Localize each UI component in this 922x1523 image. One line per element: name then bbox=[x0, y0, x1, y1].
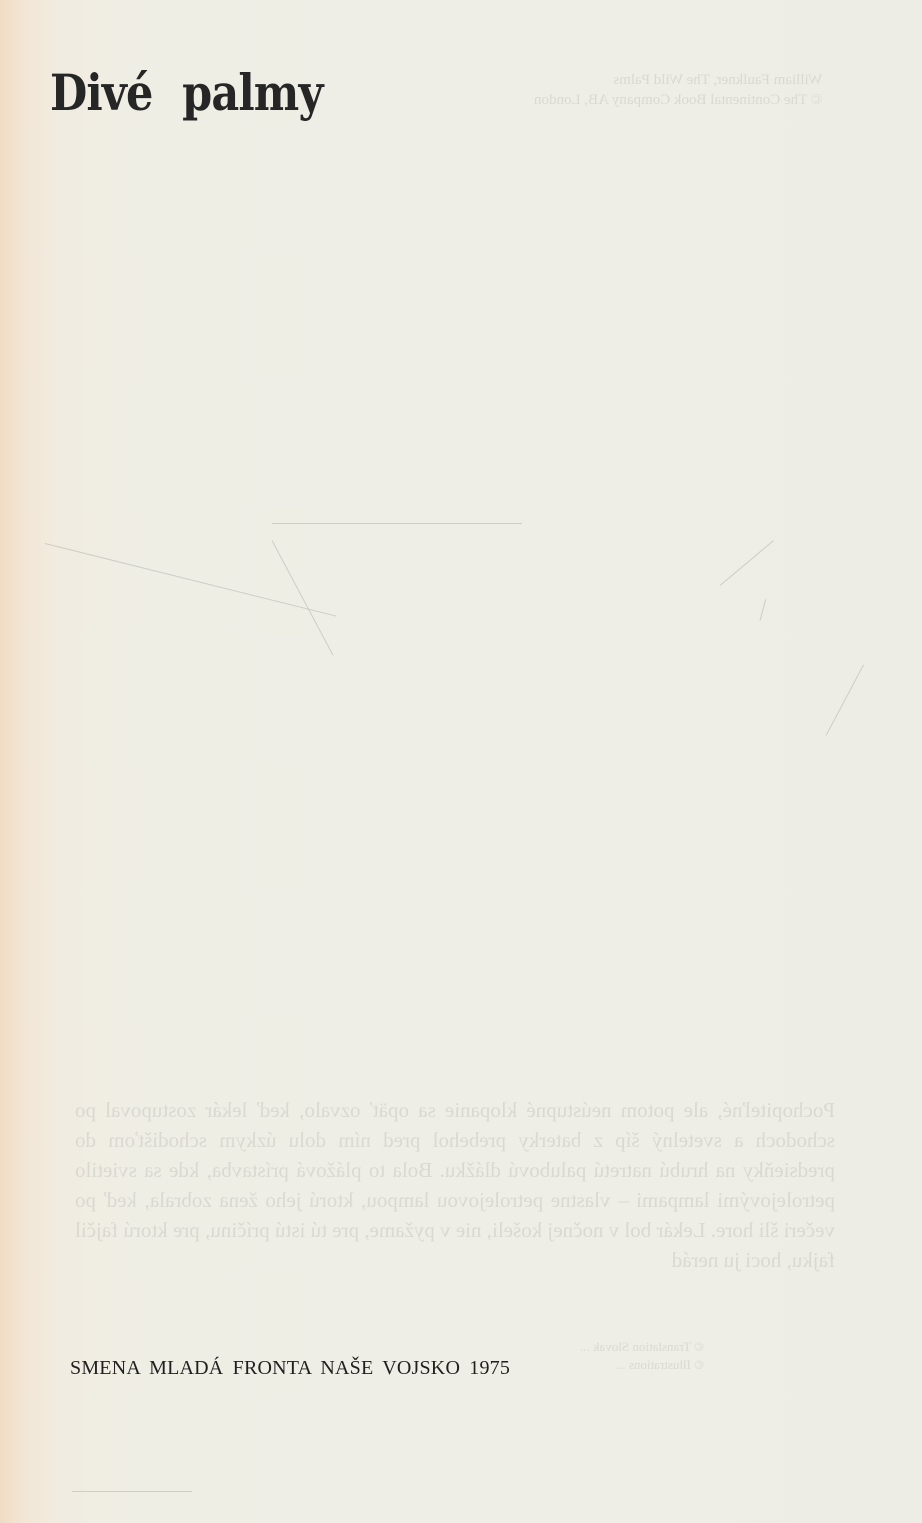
bleed-line: William Faulkner, The Wild Palms bbox=[534, 70, 822, 90]
bleed-through-footer: © Translation Slovak ... © Illustrations… bbox=[580, 1338, 704, 1374]
bleed-line: © Illustrations ... bbox=[580, 1356, 704, 1374]
paper-scratch bbox=[826, 665, 864, 736]
bleed-through-text: Pochopiteľné, ale potom neústupné klopan… bbox=[75, 1095, 835, 1275]
book-title: Divé palmy bbox=[50, 68, 323, 118]
paper-scratch bbox=[720, 540, 774, 586]
publisher-imprint: SMENA MLADÁ FRONTA NAŠE VOJSKO 1975 bbox=[70, 1357, 510, 1380]
paper-scratch bbox=[72, 1491, 192, 1492]
bleed-line: © Translation Slovak ... bbox=[580, 1338, 704, 1356]
paper-scratch bbox=[272, 540, 334, 655]
paper-scratch bbox=[272, 523, 522, 524]
paper-scratch bbox=[760, 599, 767, 621]
bleed-through-copyright: William Faulkner, The Wild Palms © The C… bbox=[534, 70, 822, 110]
book-title-page: William Faulkner, The Wild Palms © The C… bbox=[0, 0, 922, 1523]
bleed-line: © The Continental Book Company AB, Londo… bbox=[534, 90, 822, 110]
